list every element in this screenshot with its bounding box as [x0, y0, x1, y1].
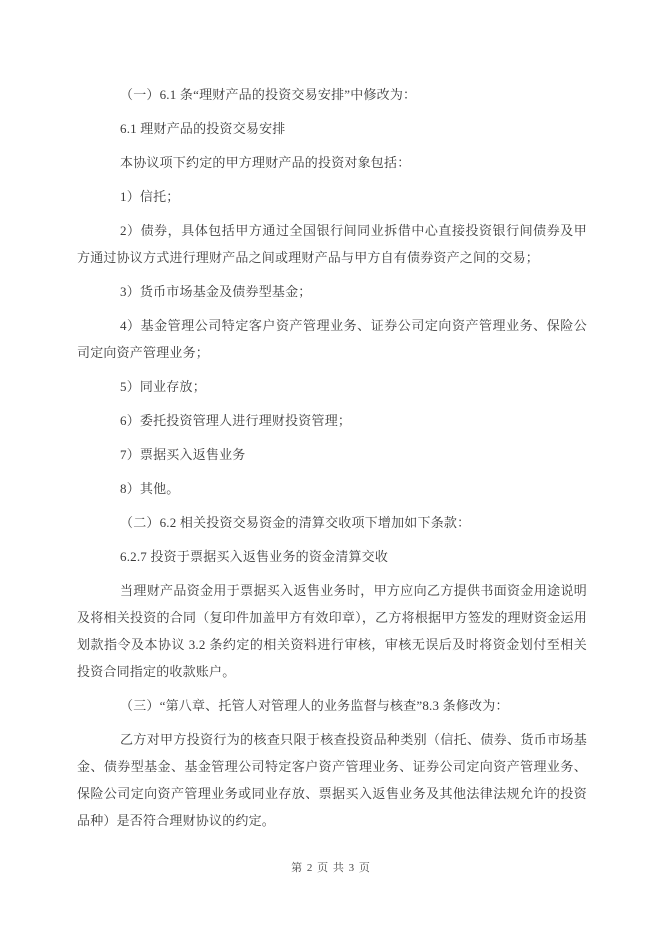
page-number: 第 2 页 共 3 页 [0, 860, 662, 876]
clause-8-3-body: 乙方对甲方投资行为的核查只限于核查投资品种类别（信托、债券、货币市场基金、债券型… [77, 726, 587, 834]
clause-3-intro: （三）“第八章、托管人对管理人的业务监督与核查”8.3 条修改为： [77, 692, 587, 719]
list-item-3: 3）货币市场基金及债券型基金； [77, 278, 587, 305]
heading-6-1: 6.1 理财产品的投资交易安排 [77, 115, 587, 142]
clause-6-2-7-body: 当理财产品资金用于票据买入返售业务时，甲方应向乙方提供书面资金用途说明及将相关投… [77, 577, 587, 685]
clause-2-intro: （二）6.2 相关投资交易资金的清算交收项下增加如下条款： [77, 509, 587, 536]
clause-1-intro: （一）6.1 条“理财产品的投资交易安排”中修改为： [77, 81, 587, 108]
list-item-6: 6）委托投资管理人进行理财投资管理； [77, 407, 587, 434]
heading-6-2-7: 6.2.7 投资于票据买入返售业务的资金清算交收 [77, 543, 587, 570]
list-item-5: 5）同业存放； [77, 373, 587, 400]
list-item-8: 8）其他。 [77, 475, 587, 502]
list-item-4: 4）基金管理公司特定客户资产管理业务、证券公司定向资产管理业务、保险公司定向资产… [77, 312, 587, 366]
document-body: （一）6.1 条“理财产品的投资交易安排”中修改为： 6.1 理财产品的投资交易… [77, 0, 587, 841]
list-item-1: 1）信托； [77, 183, 587, 210]
investment-targets-intro: 本协议项下约定的甲方理财产品的投资对象包括： [77, 149, 587, 176]
list-item-7: 7）票据买入返售业务 [77, 441, 587, 468]
document-page: （一）6.1 条“理财产品的投资交易安排”中修改为： 6.1 理财产品的投资交易… [0, 0, 662, 936]
list-item-2: 2）债券，具体包括甲方通过全国银行间同业拆借中心直接投资银行间债券及甲方通过协议… [77, 217, 587, 271]
